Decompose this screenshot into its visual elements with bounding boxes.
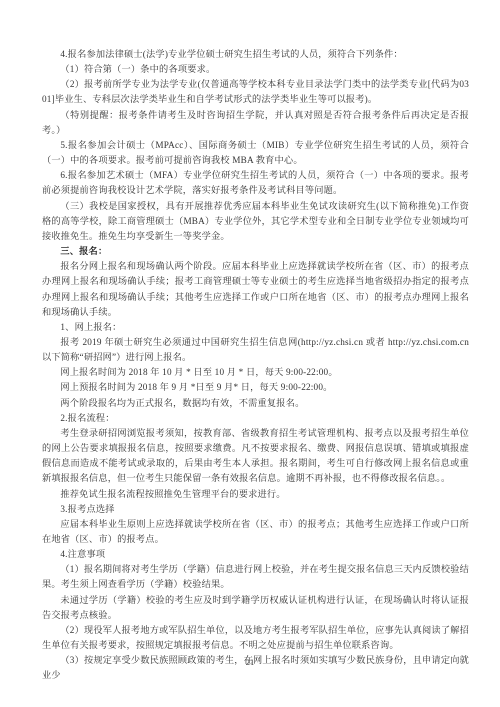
paragraph: 三、报名： <box>42 244 469 259</box>
paragraph: 5.报名参加会计硕士（MPAcc）、国际商务硕士（MIB）专业学位研究生招生考试… <box>42 138 469 168</box>
paragraph: 两个阶段报名均为正式报名，数据均有效，不需重复报名。 <box>42 396 469 411</box>
paragraph: 4.报名参加法律硕士(法学)专业学位硕士研究生招生考试的人员，须符合下列条件： <box>42 47 469 62</box>
paragraph: 网上报名时间为 2018 年 10 月 * 日至 10 月 * 日，每天 9:0… <box>42 365 469 380</box>
paragraph: （特别提醒：报考条件请考生及时咨询招生学院，并认真对照是否符合报考条件后再决定是… <box>42 108 469 138</box>
paragraph: 3.报考点选择 <box>42 502 469 517</box>
paragraph: 网上预报名时间为 2018 年 9 月 *日至 9 月* 日，每天 9:00-2… <box>42 380 469 395</box>
document-body: 4.报名参加法律硕士(法学)专业学位硕士研究生招生考试的人员，须符合下列条件：（… <box>42 47 469 684</box>
paragraph: 推荐免试生报名流程按照推免生管理平台的要求进行。 <box>42 487 469 502</box>
paragraph: 报名分网上报名和现场确认两个阶段。应届本科毕业上应选择就读学校所在省（区、市）的… <box>42 259 469 320</box>
paragraph: （三）我校是国家授权，具有开展推荐优秀应届本科毕业生免试攻读研究生(以下简称推免… <box>42 199 469 244</box>
paragraph: （2）报考前所学专业为法学专业(仅普通高等学校本科专业目录法学门类中的法学类专业… <box>42 77 469 107</box>
paragraph: （2）现役军人报考地方或军队招生单位，以及地方考生报考军队招生单位，应事先认真阅… <box>42 623 469 653</box>
paragraph: 报考 2019 年硕士研究生必须通过中国研究生招生信息网(http://yz.c… <box>42 335 469 365</box>
paragraph: 考生登录研招网浏览报考须知，按教育部、省级教育招生考试管理机构、报考点以及报考招… <box>42 426 469 487</box>
paragraph: （1）符合第（一）条中的各项要求。 <box>42 62 469 77</box>
page-number: 21 <box>0 656 500 668</box>
paragraph: 6.报名参加艺术硕士（MFA）专业学位研究生招生考试的人员，须符合（一）中各项的… <box>42 168 469 198</box>
paragraph: 1、网上报名： <box>42 320 469 335</box>
document-page: 4.报名参加法律硕士(法学)专业学位硕士研究生招生考试的人员，须符合下列条件：（… <box>0 0 500 707</box>
paragraph: 2.报名流程： <box>42 411 469 426</box>
paragraph: 应届本科毕业生原则上应选择就读学校所在省（区、市）的报考点；其他考生应选择工作或… <box>42 517 469 547</box>
paragraph: （1）报名期间将对考生学历（学籍）信息进行网上校验，并在考生提交报名信息三天内反… <box>42 562 469 592</box>
paragraph: 未通过学历（学籍）校验的考生应及时到学籍学历权威认证机构进行认证，在现场确认时将… <box>42 593 469 623</box>
paragraph: 4.注意事项 <box>42 547 469 562</box>
